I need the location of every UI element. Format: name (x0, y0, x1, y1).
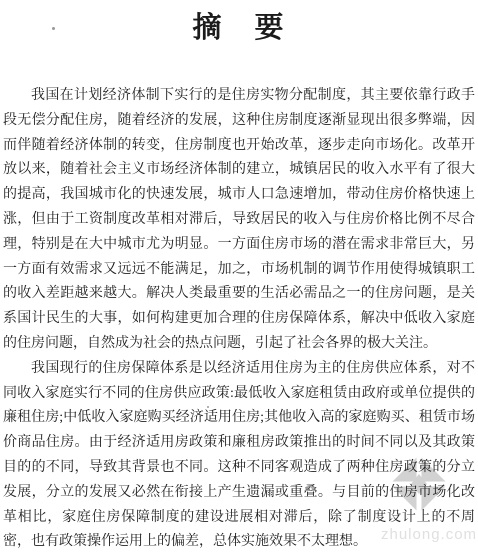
abstract-paragraph-1: 我国在计划经济体制下实行的是住房实物分配制度，其主要依靠行政手段无偿分配住房，随… (3, 84, 475, 357)
page-title: 摘 要 (0, 0, 478, 46)
abstract-paragraph-2: 我国现行的住房保障体系是以经济适用住房为主的住房供应体系，对不同收入家庭实行不同… (3, 357, 475, 555)
abstract-body: 我国在计划经济体制下实行的是住房实物分配制度，其主要依靠行政手段无偿分配住房，随… (3, 84, 475, 555)
document-page: zhulong.com 摘 要 我国在计划经济体制下实行的是住房实物分配制度，其… (0, 0, 478, 560)
